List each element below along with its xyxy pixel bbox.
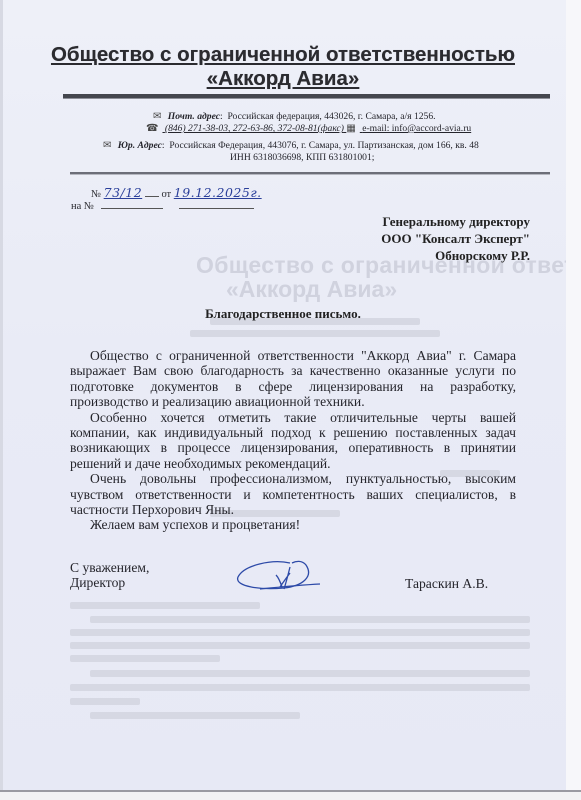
addressee-name: Обнорскому Р.Р.: [381, 247, 530, 264]
paragraph: Очень довольны профессионализмом, пункту…: [70, 471, 516, 517]
show-through-line: [90, 670, 530, 677]
scan-margin-right: [566, 0, 581, 800]
show-through-line: [70, 698, 140, 705]
paragraph: Общество с ограниченной ответственности …: [70, 348, 516, 410]
postal-address-line: ✉ Почт. адрес: Российская федерация, 443…: [153, 111, 436, 122]
envelope-icon: ✉: [153, 111, 161, 122]
tax-ids: ИНН 6318036698, КПП 631801001;: [230, 152, 374, 163]
reply-number-blank: [101, 198, 163, 209]
contacts-line: ☎ (846) 271-38-03, 272-63-86, 372-08-81(…: [146, 123, 471, 134]
letter-page: Общество с ограниченной ответственностью…: [0, 0, 566, 790]
postal-address: Российская федерация, 443026, г. Самара,…: [227, 111, 435, 122]
show-through-line: [90, 712, 300, 719]
company-name-line2: «Аккорд Авиа»: [0, 67, 566, 91]
signer-position: Директор: [70, 575, 149, 590]
letter-title: Благодарственное письмо.: [0, 306, 566, 322]
legal-address-line: ✉ Юр. Адрес: Российская Федерация, 44307…: [103, 140, 479, 151]
scan-margin-bottom: [0, 790, 581, 800]
show-through-line: [70, 655, 220, 662]
paragraph: Желаем вам успехов и процветания!: [70, 517, 516, 532]
addressee-company: ООО "Консалт Эксперт": [381, 230, 530, 247]
page-edge: [0, 0, 3, 790]
signature-icon: [232, 557, 342, 597]
company-name-line1: Общество с ограниченной ответственностью: [0, 43, 566, 67]
envelope-icon: ✉: [103, 140, 111, 151]
show-through-line: [70, 642, 530, 649]
addressee-block: Генеральному директору ООО "Консалт Эксп…: [381, 213, 530, 264]
letter-body: Общество с ограниченной ответственности …: [70, 348, 516, 533]
show-through-line: [70, 602, 260, 609]
phone-numbers: (846) 271-38-03, 272-63-86, 372-08-81(фа…: [165, 123, 344, 134]
reply-number-line: на №: [71, 198, 254, 212]
email-link[interactable]: e-mail: info@accord-avia.ru: [362, 123, 471, 134]
signer-name: Тараскин А.В.: [405, 576, 488, 592]
postal-label: Почт. адрес: [168, 111, 220, 122]
address-divider: [70, 172, 550, 175]
legal-label: Юр. Адрес: [118, 140, 162, 151]
show-through-line: [90, 616, 530, 623]
regards: С уважением,: [70, 560, 149, 575]
fax-icon: ▦: [346, 123, 355, 134]
show-through-line: [70, 629, 530, 636]
show-through-line: [70, 684, 530, 691]
reply-date-blank: [179, 198, 254, 209]
show-through-line: [190, 330, 440, 337]
header-divider: [63, 94, 550, 99]
legal-address: Российская Федерация, 443076, г. Самара,…: [169, 140, 478, 151]
show-through-subtitle: «Аккорд Авиа»: [226, 276, 397, 303]
reply-label: на №: [71, 201, 94, 212]
phone-icon: ☎: [146, 123, 158, 134]
addressee-position: Генеральному директору: [381, 213, 530, 230]
paragraph: Особенно хочется отметить такие отличите…: [70, 410, 516, 472]
closing-block: С уважением, Директор: [70, 560, 149, 591]
